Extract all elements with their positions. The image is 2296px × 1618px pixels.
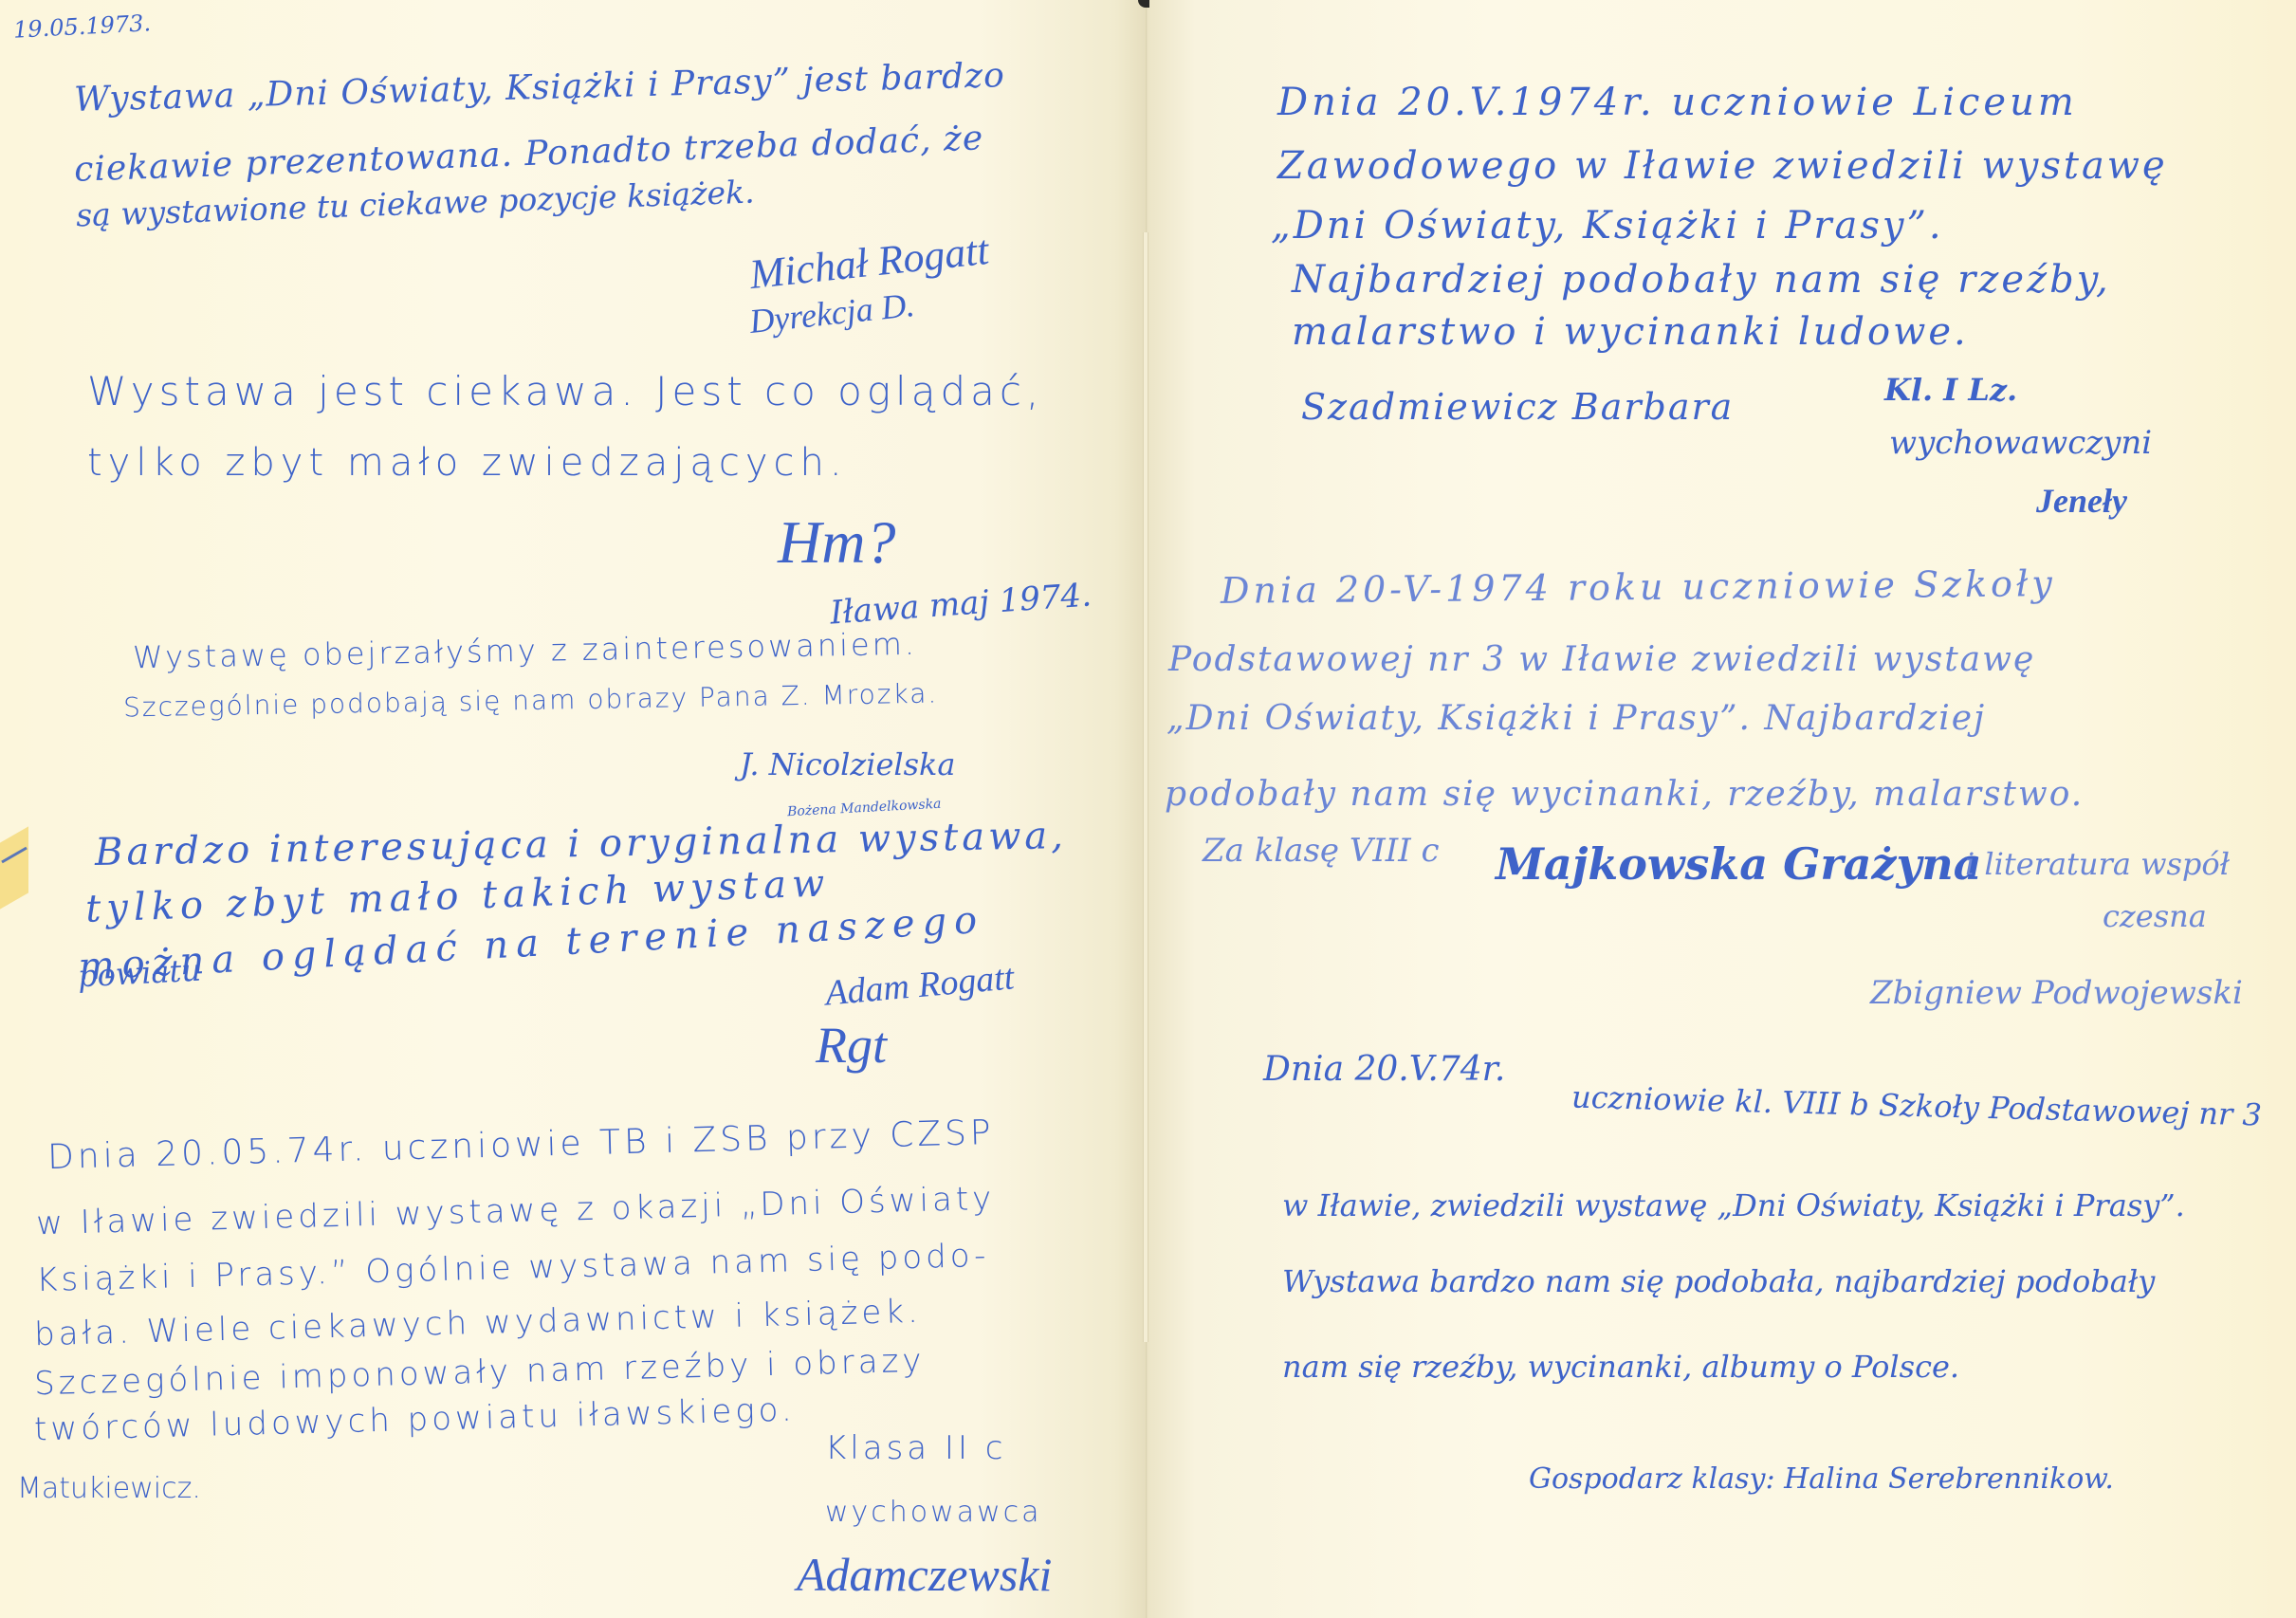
signature: Gospodarz klasy: Halina Serebrennikow. bbox=[1529, 1465, 2114, 1494]
entry-line: Książki i Prasy.” Ogólnie wystawa nam si… bbox=[36, 1240, 990, 1296]
signature: Adamczewski bbox=[797, 1551, 1052, 1598]
right-page: Dnia 20.V.1974r. uczniowie Liceum Zawodo… bbox=[1149, 0, 2296, 1618]
entry-line: twórców ludowych powiatu iławskiego. bbox=[34, 1393, 796, 1445]
signature: Hm? bbox=[778, 512, 895, 573]
class-label: Klasa II c bbox=[825, 1432, 1007, 1464]
entry-line: nam się rzeźby, wycinanki, albumy o Pols… bbox=[1282, 1351, 1959, 1382]
left-page: 19.05.1973. Wystawa „Dni Oświaty, Książk… bbox=[0, 0, 1149, 1618]
entry-date: Dnia 20.V.74r. bbox=[1263, 1053, 1505, 1087]
signature: Rgt bbox=[816, 1020, 887, 1071]
teacher-signature: Zbigniew Podwojewski bbox=[1870, 977, 2243, 1009]
entry-line: Zawodowego w Iławie zwiedzili wystawę bbox=[1277, 147, 2168, 185]
class-label: Kl. I Lz. bbox=[1884, 375, 2017, 405]
entry-line: Dnia 20.V.1974r. uczniowie Liceum bbox=[1277, 83, 2078, 121]
entry-line: powiatu bbox=[77, 955, 201, 992]
entry-line: Bardzo interesująca i oryginalna wystawa… bbox=[95, 817, 1068, 872]
entry-line: Wystawa bardzo nam się podobała, najbard… bbox=[1282, 1266, 2155, 1296]
role-signature: Jeneły bbox=[2036, 484, 2127, 518]
signature: J. Nicolzielska bbox=[740, 749, 956, 780]
entry-line: tylko zbyt mało zwiedzających. bbox=[87, 444, 848, 482]
entry-line: bała. Wiele ciekawych wydawnictw i książ… bbox=[34, 1296, 922, 1351]
entry-line: Wystawa jest ciekawa. Jest co oglądać, bbox=[87, 372, 1043, 412]
entry-line: Wystawa „Dni Oświaty, Książki i Prasy” j… bbox=[74, 59, 1005, 118]
entry-line: Dnia 20-V-1974 roku uczniowie Szkoły bbox=[1221, 565, 2056, 609]
place-date: Iława maj 1974. bbox=[829, 579, 1093, 629]
signature: Szadmiewicz Barbara bbox=[1301, 389, 1734, 425]
binding-thread bbox=[1143, 232, 1148, 1342]
signature: Michał Rogatt bbox=[747, 230, 990, 296]
date-header: 19.05.1973. bbox=[12, 11, 151, 42]
entry-line: Podstawowej nr 3 w Iławie zwiedzili wyst… bbox=[1168, 643, 2035, 677]
guestbook-spread: 19.05.1973. Wystawa „Dni Oświaty, Książk… bbox=[0, 0, 2296, 1618]
entry-line: malarstwo i wycinanki ludowe. bbox=[1292, 313, 1969, 351]
class-prefix: Za klasę VIII c bbox=[1203, 835, 1440, 867]
left-signature: Matukiewicz. bbox=[17, 1475, 201, 1503]
entry-line: w Iławie, zwiedzili wystawę „Dni Oświaty… bbox=[1282, 1190, 2185, 1221]
entry-line: uczniowie kl. VIII b Szkoły Podstawowej … bbox=[1571, 1081, 2263, 1130]
entry-line: podobały nam się wycinanki, rzeźby, mala… bbox=[1165, 778, 2084, 812]
side-note: czesna bbox=[2103, 901, 2207, 931]
side-note: i literatura współ bbox=[1965, 849, 2230, 879]
role-label: wychowawca bbox=[825, 1498, 1042, 1527]
entry-line: Szczególnie podobają się nam obrazy Pana… bbox=[123, 681, 939, 722]
entry-line: ciekawie prezentowana. Ponadto trzeba do… bbox=[74, 121, 984, 187]
signature: Majkowska Grażyna bbox=[1496, 842, 1982, 886]
entry-line: Wystawę obejrzałyśmy z zainteresowaniem. bbox=[133, 629, 917, 672]
entry-line: „Dni Oświaty, Książki i Prasy”. Najbardz… bbox=[1166, 702, 1986, 736]
entry-line: „Dni Oświaty, Książki i Prasy”. bbox=[1271, 207, 1944, 245]
entry-line: Najbardziej podobały nam się rzeźby, bbox=[1292, 261, 2111, 299]
signature: Adam Rogatt bbox=[824, 959, 1016, 1011]
entry-line: Dnia 20.05.74r. uczniowie TB i ZSB przy … bbox=[47, 1116, 995, 1175]
entry-line: w Iławie zwiedzili wystawę z okazji „Dni… bbox=[36, 1183, 996, 1240]
sticky-tab bbox=[0, 826, 28, 909]
role-label: wychowawczyni bbox=[1889, 427, 2152, 459]
